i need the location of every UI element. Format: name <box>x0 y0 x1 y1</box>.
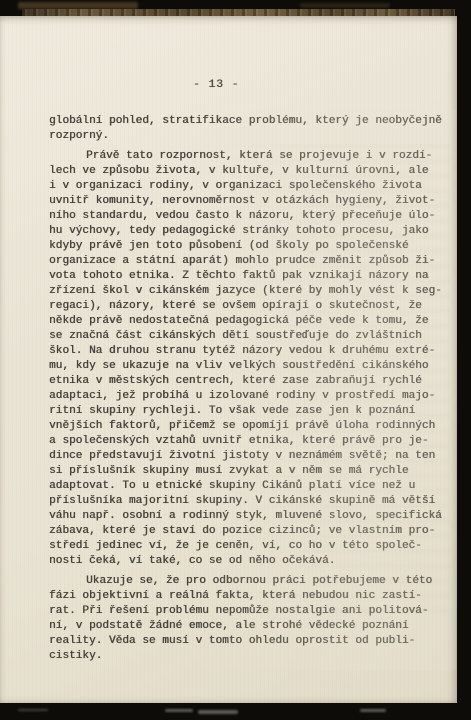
text-line: adaptaci, jež probíhá u izolované rodiny… <box>49 389 453 404</box>
text-line: rozporný. <box>49 129 453 144</box>
text-line: někde právě nedostatečná pedagogická péč… <box>49 314 453 329</box>
text-line: se značná část cikánských dětí soustřeďu… <box>49 329 453 344</box>
paragraph: globální pohled, stratifikace problému, … <box>49 114 453 144</box>
paragraph: Právě tato rozpornost, která se projevuj… <box>49 149 453 569</box>
text-line: ního standardu, vedou často k názoru, kt… <box>49 209 453 224</box>
text-line: ritní skupiny rychleji. To však vede zas… <box>49 404 453 419</box>
text-line: rat. Při řešení problému nepomůže nostal… <box>49 604 453 619</box>
text-line: reality. Věda se musí v tomto ohledu opr… <box>49 634 453 649</box>
text-line: zábava, které je staví do pozice cizinců… <box>49 524 453 539</box>
text-line: škol. Na druhou stranu tytéž názory vedo… <box>49 344 453 359</box>
text-line: uvnitř komunity, nerovnoměrnost v otázká… <box>49 194 453 209</box>
text-line: etnika v městských centrech, které zase … <box>49 374 453 389</box>
text-line: váhu např. osobní a rodinný styk, mluven… <box>49 509 453 524</box>
scan-smudge <box>165 709 193 712</box>
scan-smudge <box>300 3 390 8</box>
text-line: i v organizaci rodiny, v organizaci spol… <box>49 179 453 194</box>
text-line: Ukazuje se, že pro odbornou práci potřeb… <box>49 574 453 589</box>
text-line: ní, v podstatě žádné emoce, ale strohé v… <box>49 619 453 634</box>
text-line: a společenských vztahů uvnitř etnika, kt… <box>49 434 453 449</box>
text-line: globální pohled, stratifikace problému, … <box>49 114 453 129</box>
text-line: nosti čeká, ví také, co se od něho očeká… <box>49 554 453 569</box>
text-line: vnějších faktorů, přičemž se opomíjí prá… <box>49 419 453 434</box>
text-line: středí jedinec ví, že je ceněn, ví, co h… <box>49 539 453 554</box>
scan-smudge <box>18 709 48 711</box>
text-line: adaptovat. To u etnické skupiny Cikánů p… <box>49 479 453 494</box>
text-line: mu, kdy se ukazuje na vliv velkých soust… <box>49 359 453 374</box>
scan-smudge <box>18 2 138 9</box>
text-line: fázi objektivní a reálná fakta, která ne… <box>49 589 453 604</box>
text-line: příslušníka majoritní skupiny. V cikánsk… <box>49 494 453 509</box>
text-line: dince představují životní jistoty v nezn… <box>49 449 453 464</box>
text-line: zřízení škol v cikánském jazyce (které b… <box>49 284 453 299</box>
text-line: Právě tato rozpornost, která se projevuj… <box>49 149 453 164</box>
text-line: si příslušník skupiny musí zvykat a v ně… <box>49 464 453 479</box>
text-line: kdyby právě jen toto působení (od školy … <box>49 239 453 254</box>
text-line: organizace a státní aparát) mohlo prudce… <box>49 254 453 269</box>
paragraph: Ukazuje se, že pro odbornou práci potřeb… <box>49 574 453 664</box>
scan-smudge <box>198 710 238 714</box>
page-number: - 13 - <box>193 79 239 91</box>
text-line: cistiky. <box>49 649 453 664</box>
text-line: hu výchovy, tedy pedagogické stránky toh… <box>49 224 453 239</box>
scanned-book-page: - 13 - globální pohled, stratifikace pro… <box>0 0 471 720</box>
scan-smudge <box>360 709 386 712</box>
text-line: lech ve způsobu života, v kultuře, v kul… <box>49 164 453 179</box>
text-line: regaci), názory, které se ovšem opírají … <box>49 299 453 314</box>
text-line: vota tohoto etnika. Z těchto faktů pak v… <box>49 269 453 284</box>
typewritten-text: globální pohled, stratifikace problému, … <box>49 114 453 664</box>
